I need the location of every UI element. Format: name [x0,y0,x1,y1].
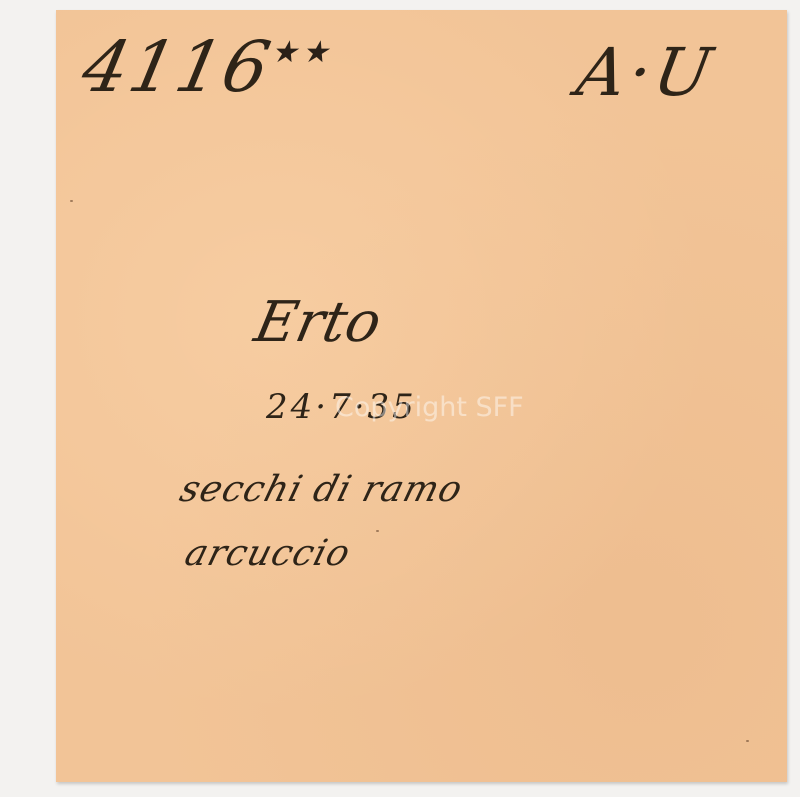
paper-speck [70,200,73,202]
collector-initials: A·U [572,40,720,106]
catalog-number: 4116 [77,32,278,102]
copyright-watermark: Copyright SFF [335,392,524,423]
description-line-2: arcuccio [181,536,354,572]
specimen-label-card: 4116 ★★ A·U Erto 24·7·35 secchi di ramo … [56,10,787,782]
paper-speck [746,740,749,742]
paper-speck [376,530,379,532]
star-marks: ★★ [271,38,333,68]
description-line-1: secchi di ramo [176,472,466,508]
locality: Erto [250,295,386,351]
